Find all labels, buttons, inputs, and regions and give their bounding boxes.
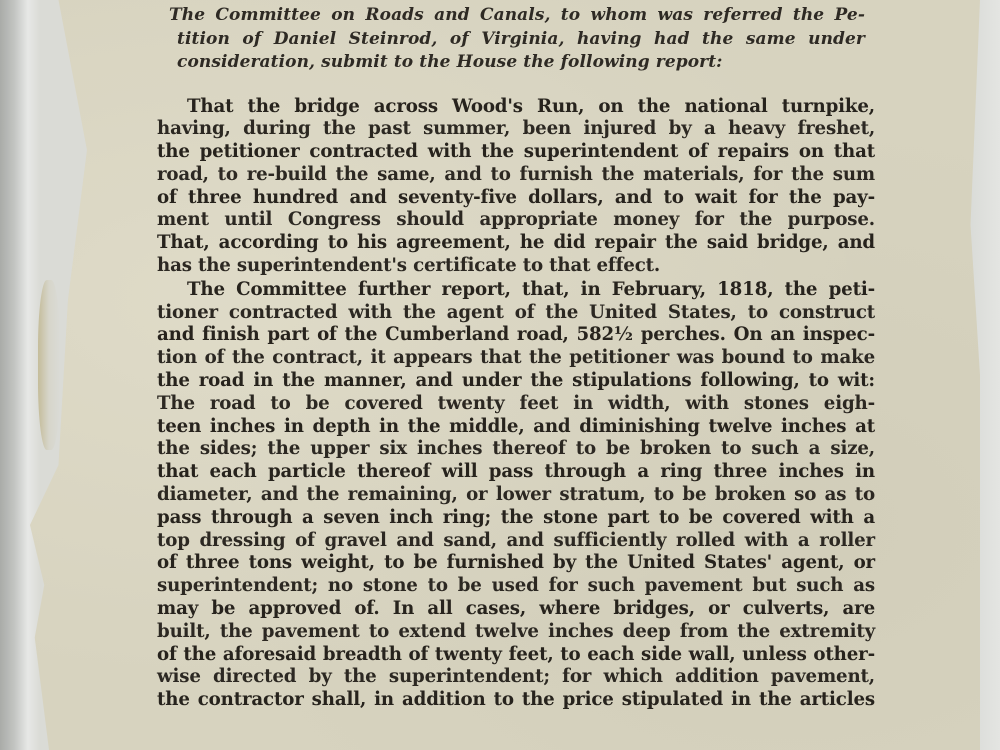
- text-line: the sides; the upper six inches thereof …: [157, 438, 875, 461]
- committee-intro: The Committee on Roads and Canals, to wh…: [157, 4, 875, 75]
- text-line: the petitioner contracted with the super…: [157, 141, 875, 164]
- intro-line: tition of Daniel Steinrod, of Virginia, …: [169, 28, 865, 52]
- intro-line: consideration, submit to the House the f…: [169, 51, 865, 75]
- text-line: That, according to his agreement, he did…: [157, 232, 875, 255]
- text-line: having, during the past summer, been inj…: [157, 118, 875, 141]
- text-line: diameter, and the remaining, or lower st…: [157, 484, 875, 507]
- paragraph-cumberland-road: The Committee further report, that, in F…: [157, 279, 875, 712]
- paragraph-bridge-repair: That the bridge across Wood's Run, on th…: [157, 96, 875, 278]
- text-line: that each particle thereof will pass thr…: [157, 461, 875, 484]
- text-line: The Committee further report, that, in F…: [157, 279, 875, 302]
- paper-stain: [38, 280, 60, 450]
- text-line: teen inches in depth in the middle, and …: [157, 416, 875, 439]
- text-line: ment until Congress should appropriate m…: [157, 209, 875, 232]
- text-line: That the bridge across Wood's Run, on th…: [157, 96, 875, 119]
- document-text: The Committee on Roads and Canals, to wh…: [157, 4, 875, 712]
- text-line: pass through a seven inch ring; the ston…: [157, 507, 875, 530]
- text-line: of the aforesaid breadth of twenty feet,…: [157, 644, 875, 667]
- text-line: of three hundred and seventy-five dollar…: [157, 187, 875, 210]
- text-line: road, to re-build the same, and to furni…: [157, 164, 875, 187]
- text-line: has the superintendent's certificate to …: [157, 255, 875, 278]
- text-line: tion of the contract, it appears that th…: [157, 347, 875, 370]
- text-line: tioner contracted with the agent of the …: [157, 302, 875, 325]
- text-line: The road to be covered twenty feet in wi…: [157, 393, 875, 416]
- text-line: built, the pavement to extend twelve inc…: [157, 621, 875, 644]
- text-line: may be approved of. In all cases, where …: [157, 598, 875, 621]
- text-line: top dressing of gravel and sand, and suf…: [157, 530, 875, 553]
- intro-line: The Committee on Roads and Canals, to wh…: [169, 4, 865, 28]
- text-line: of three tons weight, to be furnished by…: [157, 552, 875, 575]
- text-line: the road in the manner, and under the st…: [157, 370, 875, 393]
- text-line: superintendent; no stone to be used for …: [157, 575, 875, 598]
- text-line: and finish part of the Cumberland road, …: [157, 324, 875, 347]
- text-line: wise directed by the superintendent; for…: [157, 666, 875, 689]
- text-line: the contractor shall, in addition to the…: [157, 689, 875, 712]
